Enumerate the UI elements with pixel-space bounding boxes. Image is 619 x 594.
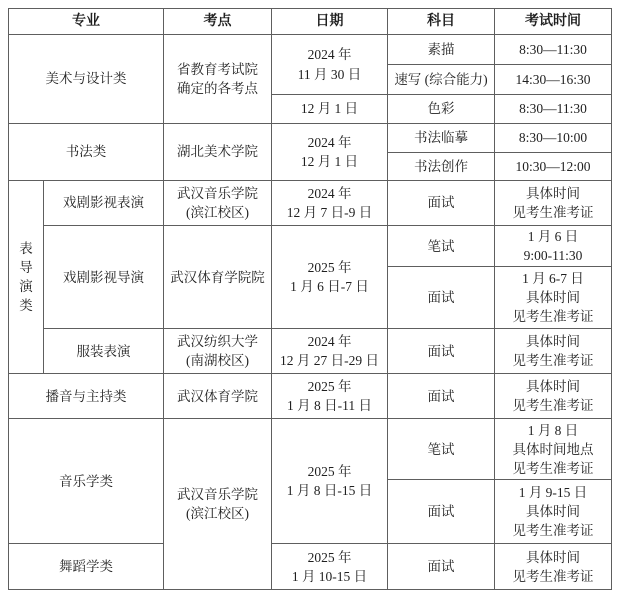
cell-fashion-date: 2024 年 12 月 27 日-29 日 — [272, 329, 388, 374]
cell-music-major: 音乐学类 — [9, 419, 164, 544]
cell-acting-site: 武汉音乐学院 (滨江校区) — [164, 181, 272, 226]
cell-calligraphy-major: 书法类 — [9, 124, 164, 181]
cell-calligraphy-subject-1: 书法临摹 — [388, 124, 495, 153]
cell-music-time-1: 1 月 8 日 具体时间地点 见考生准考证 — [495, 419, 612, 480]
cell-art-major: 美术与设计类 — [9, 35, 164, 124]
cell-directing-time-1: 1 月 6 日 9:00-11:30 — [495, 226, 612, 267]
cell-fashion-subject: 面试 — [388, 329, 495, 374]
cell-art-time-1: 8:30—11:30 — [495, 35, 612, 65]
cell-broadcasting-major: 播音与主持类 — [9, 374, 164, 419]
cell-performance-group-label: 表 导 演 类 — [9, 181, 44, 374]
cell-directing-site: 武汉体育学院院 — [164, 226, 272, 329]
cell-broadcasting-site: 武汉体育学院 — [164, 374, 272, 419]
table-row: 美术与设计类 省教育考试院 确定的各考点 2024 年 11 月 30 日 素描… — [9, 35, 612, 65]
cell-art-date2: 12 月 1 日 — [272, 95, 388, 124]
cell-dance-subject: 面试 — [388, 544, 495, 590]
cell-directing-subject-1: 笔试 — [388, 226, 495, 267]
cell-directing-major: 戏剧影视导演 — [44, 226, 164, 329]
cell-dance-time: 具体时间 见考生准考证 — [495, 544, 612, 590]
cell-music-subject-1: 笔试 — [388, 419, 495, 480]
cell-broadcasting-time: 具体时间 见考生准考证 — [495, 374, 612, 419]
cell-dance-major: 舞蹈学类 — [9, 544, 164, 590]
cell-fashion-major: 服装表演 — [44, 329, 164, 374]
cell-art-site: 省教育考试院 确定的各考点 — [164, 35, 272, 124]
cell-art-date1: 2024 年 11 月 30 日 — [272, 35, 388, 95]
cell-art-subject-2: 速写 (综合能力) — [388, 65, 495, 95]
cell-fashion-time: 具体时间 见考生准考证 — [495, 329, 612, 374]
header-subject: 科目 — [388, 9, 495, 35]
cell-calligraphy-subject-2: 书法创作 — [388, 153, 495, 181]
header-row: 专业 考点 日期 科目 考试时间 — [9, 9, 612, 35]
table-row: 舞蹈学类 2025 年 1 月 10-15 日 面试 具体时间 见考生准考证 — [9, 544, 612, 590]
header-major: 专业 — [9, 9, 164, 35]
cell-acting-time: 具体时间 见考生准考证 — [495, 181, 612, 226]
header-site: 考点 — [164, 9, 272, 35]
table-row: 戏剧影视导演 武汉体育学院院 2025 年 1 月 6 日-7 日 笔试 1 月… — [9, 226, 612, 267]
cell-calligraphy-time-1: 8:30—10:00 — [495, 124, 612, 153]
cell-art-time-2: 14:30—16:30 — [495, 65, 612, 95]
cell-broadcasting-date: 2025 年 1 月 8 日-11 日 — [272, 374, 388, 419]
cell-art-time-3: 8:30—11:30 — [495, 95, 612, 124]
cell-art-subject-3: 色彩 — [388, 95, 495, 124]
cell-music-site: 武汉音乐学院 (滨江校区) — [164, 419, 272, 590]
cell-music-time-2: 1 月 9-15 日 具体时间 见考生准考证 — [495, 480, 612, 544]
cell-acting-major: 戏剧影视表演 — [44, 181, 164, 226]
cell-art-subject-1: 素描 — [388, 35, 495, 65]
table-row: 书法类 湖北美术学院 2024 年 12 月 1 日 书法临摹 8:30—10:… — [9, 124, 612, 153]
cell-fashion-site: 武汉纺织大学 (南湖校区) — [164, 329, 272, 374]
table-row: 服装表演 武汉纺织大学 (南湖校区) 2024 年 12 月 27 日-29 日… — [9, 329, 612, 374]
cell-directing-subject-2: 面试 — [388, 267, 495, 329]
cell-calligraphy-site: 湖北美术学院 — [164, 124, 272, 181]
cell-acting-subject: 面试 — [388, 181, 495, 226]
cell-calligraphy-date: 2024 年 12 月 1 日 — [272, 124, 388, 181]
cell-directing-date: 2025 年 1 月 6 日-7 日 — [272, 226, 388, 329]
exam-schedule-table: 专业 考点 日期 科目 考试时间 美术与设计类 省教育考试院 确定的各考点 20… — [8, 8, 612, 590]
cell-directing-time-2: 1 月 6-7 日 具体时间 见考生准考证 — [495, 267, 612, 329]
table-row: 表 导 演 类 戏剧影视表演 武汉音乐学院 (滨江校区) 2024 年 12 月… — [9, 181, 612, 226]
header-time: 考试时间 — [495, 9, 612, 35]
header-date: 日期 — [272, 9, 388, 35]
cell-music-subject-2: 面试 — [388, 480, 495, 544]
cell-dance-date: 2025 年 1 月 10-15 日 — [272, 544, 388, 590]
cell-acting-date: 2024 年 12 月 7 日-9 日 — [272, 181, 388, 226]
cell-broadcasting-subject: 面试 — [388, 374, 495, 419]
table-row: 播音与主持类 武汉体育学院 2025 年 1 月 8 日-11 日 面试 具体时… — [9, 374, 612, 419]
cell-music-date: 2025 年 1 月 8 日-15 日 — [272, 419, 388, 544]
cell-calligraphy-time-2: 10:30—12:00 — [495, 153, 612, 181]
table-row: 音乐学类 武汉音乐学院 (滨江校区) 2025 年 1 月 8 日-15 日 笔… — [9, 419, 612, 480]
